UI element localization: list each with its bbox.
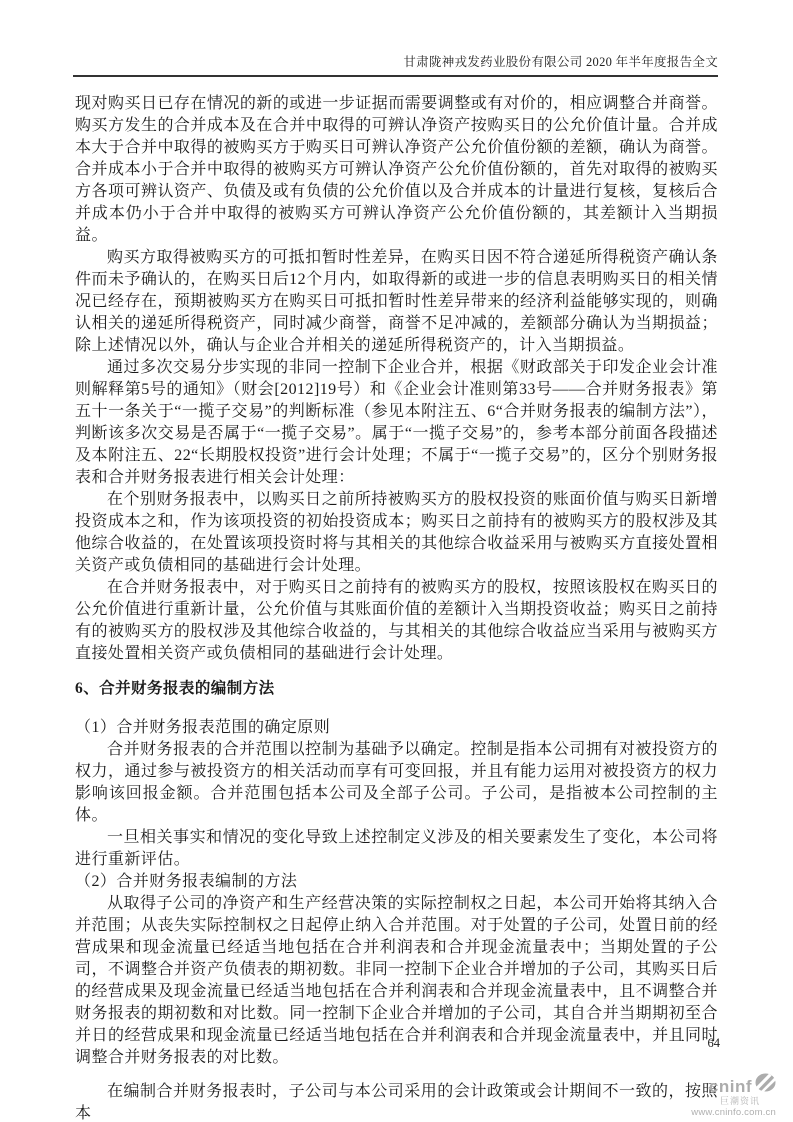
paragraph-step-acquisition-rules: 通过多次交易分步实现的非同一控制下企业合并，根据《财政部关于印发企业会计准则解释…	[75, 357, 718, 489]
section-heading-consolidation-method: 6、合并财务报表的编制方法	[75, 678, 718, 700]
page-header-title: 甘肃陇神戎发药业股份有限公司 2020 年半年度报告全文	[73, 52, 718, 77]
report-page: 甘肃陇神戎发药业股份有限公司 2020 年半年度报告全文 现对购买日已存在情况的…	[0, 0, 793, 1122]
cninfo-brand-row: cninf	[691, 1076, 776, 1096]
subsection-heading-preparation-method: （2）合并财务报表编制的方法	[75, 871, 718, 893]
subsection-heading-scope-principle: （1）合并财务报表范围的确定原则	[75, 717, 718, 739]
paragraph-consolidated-financial-statements: 在合并财务报表中，对于购买日之前持有的被购买方的股权，按照该股权在购买日的公允价…	[75, 577, 718, 665]
cninfo-chinese-name: 巨潮资讯	[691, 1097, 760, 1106]
paragraph-deductible-temporary-differences: 购买方取得被购买方的可抵扣暂时性差异，在购买日因不符合递延所得税资产确认条件而未…	[75, 247, 718, 357]
page-number: 64	[708, 1036, 721, 1051]
paragraph-control-definition: 合并财务报表的合并范围以控制为基础予以确定。控制是指本公司拥有对被投资方的权力，…	[75, 739, 718, 827]
paragraph-accounting-policy-alignment: 在编制合并财务报表时，子公司与本公司采用的会计政策或会计期间不一致的，按照本	[75, 1081, 718, 1122]
cninfo-url: www.cninfo.com.cn	[691, 1108, 776, 1118]
paragraph-business-combination-goodwill: 现对购买日已存在情况的新的或进一步证据而需要调整或有对价的，相应调整合并商誉。购…	[75, 93, 718, 247]
cninfo-logo: cninf 巨潮资讯 www.cninfo.com.cn	[691, 1076, 776, 1118]
cninfo-brand-text: cninf	[709, 1078, 752, 1095]
paragraph-separate-financial-statements: 在个别财务报表中，以购买日之前所持被购买方的股权投资的账面价值与购买日新增投资成…	[75, 489, 718, 577]
paragraph-reassessment: 一旦相关事实和情况的变化导致上述控制定义涉及的相关要素发生了变化，本公司将进行重…	[75, 827, 718, 871]
document-body: 现对购买日已存在情况的新的或进一步证据而需要调整或有对价的，相应调整合并商誉。购…	[75, 93, 718, 1122]
cninfo-swirl-icon	[755, 1073, 776, 1096]
paragraph-subsidiary-consolidation-scope: 从取得子公司的净资产和生产经营决策的实际控制权之日起，本公司开始将其纳入合并范围…	[75, 893, 718, 1069]
